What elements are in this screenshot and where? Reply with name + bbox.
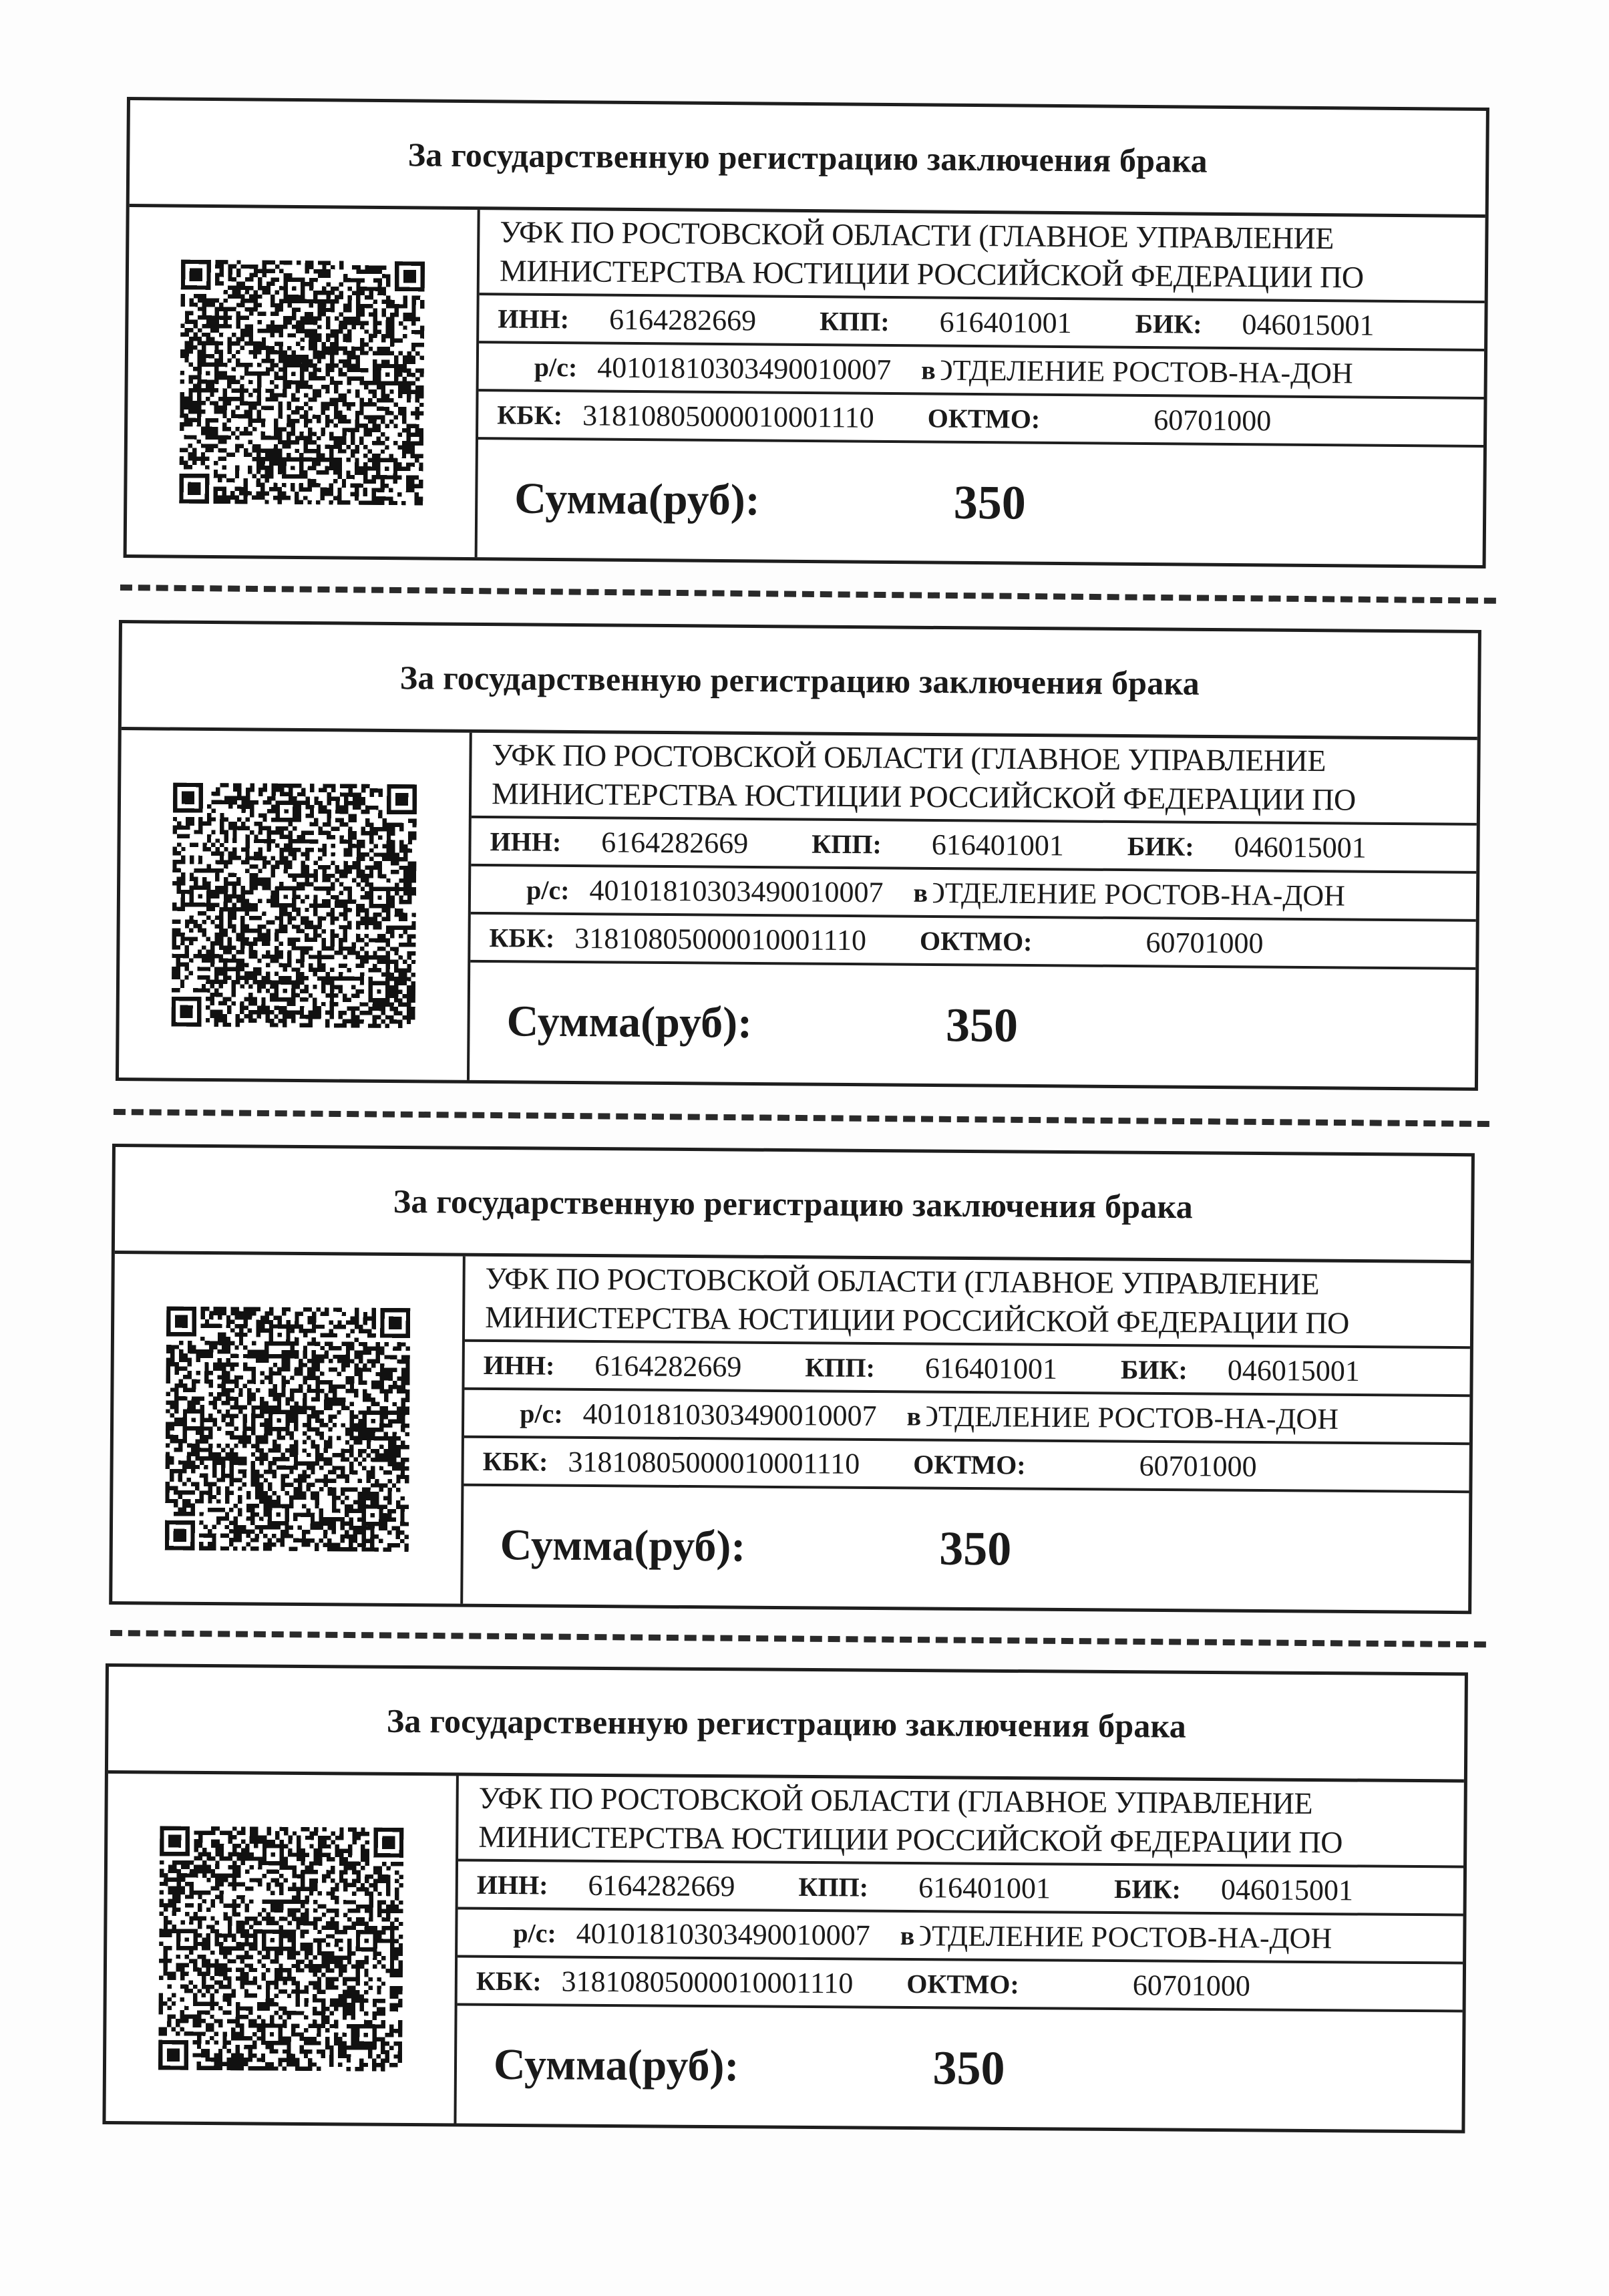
bank-prefix: в bbox=[913, 876, 928, 908]
account-row: р/с: 40101810303490010007 в ОТДЕЛЕНИЕ РО… bbox=[464, 1390, 1469, 1446]
kbk-row: КБК: 31810805000010001110 ОКТМО: 6070100… bbox=[470, 915, 1475, 970]
bik-value: 046015001 bbox=[1228, 1353, 1360, 1387]
account-label: р/с: bbox=[526, 874, 570, 905]
payee-line-2: МИНИСТЕРСТВА ЮСТИЦИИ РОССИЙСКОЙ ФЕДЕРАЦИ… bbox=[485, 1298, 1349, 1343]
cut-line-1 bbox=[120, 585, 1496, 604]
qr-code-cell bbox=[112, 1254, 466, 1604]
account-row: р/с: 40101810303490010007 в ОТДЕЛЕНИЕ РО… bbox=[458, 1910, 1463, 1965]
qr-code-icon bbox=[179, 259, 425, 505]
bank-name: ОТДЕЛЕНИЕ РОСТОВ-НА-ДОН bbox=[917, 1399, 1338, 1436]
oktmo-value: 60701000 bbox=[1139, 1448, 1256, 1483]
payment-receipt-1: За государственную регистрацию заключени… bbox=[124, 97, 1489, 568]
kbk-row: КБК: 31810805000010001110 ОКТМО: 6070100… bbox=[464, 1438, 1469, 1494]
sum-row: Сумма(руб): 350 bbox=[470, 963, 1475, 1088]
oktmo-value: 60701000 bbox=[1153, 403, 1271, 438]
kpp-label: КПП: bbox=[820, 305, 890, 337]
payee-name: УФК ПО РОСТОВСКОЙ ОБЛАСТИ (ГЛАВНОЕ УПРАВ… bbox=[458, 1776, 1464, 1868]
cut-line-2 bbox=[114, 1109, 1489, 1127]
kpp-value: 616401001 bbox=[918, 1870, 1051, 1905]
kbk-label: КБК: bbox=[476, 1965, 542, 1997]
inn-value: 6164282669 bbox=[594, 1349, 741, 1384]
bik-value: 046015001 bbox=[1221, 1872, 1353, 1907]
receipt-title: За государственную регистрацию заключени… bbox=[108, 1667, 1465, 1782]
qr-code-cell bbox=[106, 1774, 458, 2123]
cut-line-3 bbox=[110, 1630, 1486, 1647]
payment-receipt-2: За государственную регистрацию заключени… bbox=[116, 620, 1481, 1091]
sum-label: Сумма(руб): bbox=[506, 996, 752, 1049]
kbk-value: 31810805000010001110 bbox=[582, 398, 874, 434]
bank-prefix: в bbox=[900, 1919, 915, 1951]
inn-label: ИНН: bbox=[477, 1868, 548, 1901]
payee-line-1: УФК ПО РОСТОВСКОЙ ОБЛАСТИ (ГЛАВНОЕ УПРАВ… bbox=[478, 1779, 1312, 1823]
receipt-title: За государственную регистрацию заключени… bbox=[122, 623, 1478, 740]
payee-line-1: УФК ПО РОСТОВСКОЙ ОБЛАСТИ (ГЛАВНОЕ УПРАВ… bbox=[500, 212, 1334, 258]
account-row: р/с: 40101810303490010007 в ОТДЕЛЕНИЕ РО… bbox=[479, 343, 1485, 399]
oktmo-label: ОКТМО: bbox=[920, 925, 1033, 957]
kbk-value: 31810805000010001110 bbox=[561, 1964, 853, 2000]
bik-label: БИК: bbox=[1127, 830, 1194, 862]
payee-name: УФК ПО РОСТОВСКОЙ ОБЛАСТИ (ГЛАВНОЕ УПРАВ… bbox=[480, 210, 1485, 303]
inn-label: ИНН: bbox=[498, 303, 569, 335]
bik-label: БИК: bbox=[1121, 1353, 1188, 1385]
bank-name: ОТДЕЛЕНИЕ РОСТОВ-НА-ДОН bbox=[924, 875, 1345, 913]
kbk-label: КБК: bbox=[483, 1445, 548, 1477]
bank-name: ОТДЕЛЕНИЕ РОСТОВ-НА-ДОН bbox=[910, 1919, 1332, 1955]
kbk-row: КБК: 31810805000010001110 ОКТМО: 6070100… bbox=[458, 1958, 1463, 2013]
bank-name: ОТДЕЛЕНИЕ РОСТОВ-НА-ДОН bbox=[932, 353, 1353, 390]
sum-value: 350 bbox=[946, 997, 1019, 1053]
payee-name: УФК ПО РОСТОВСКОЙ ОБЛАСТИ (ГЛАВНОЕ УПРАВ… bbox=[465, 1257, 1471, 1349]
kbk-label: КБК: bbox=[489, 922, 554, 954]
qr-code-icon bbox=[165, 1306, 411, 1552]
account-label: р/с: bbox=[534, 351, 578, 383]
sum-value: 350 bbox=[939, 1520, 1012, 1577]
payee-line-1: УФК ПО РОСТОВСКОЙ ОБЛАСТИ (ГЛАВНОЕ УПРАВ… bbox=[492, 735, 1326, 780]
payee-details: УФК ПО РОСТОВСКОЙ ОБЛАСТИ (ГЛАВНОЕ УПРАВ… bbox=[470, 733, 1477, 1088]
tax-ids-row: ИНН: 6164282669 КПП: 616401001 БИК: 0460… bbox=[458, 1862, 1463, 1917]
kbk-value: 31810805000010001110 bbox=[568, 1444, 860, 1480]
kpp-value: 616401001 bbox=[925, 1351, 1057, 1385]
account-value: 40101810303490010007 bbox=[597, 350, 891, 386]
receipt-title: За государственную регистрацию заключени… bbox=[115, 1147, 1471, 1263]
sum-label: Сумма(руб): bbox=[514, 474, 760, 526]
payment-receipt-4: За государственную регистрацию заключени… bbox=[102, 1663, 1468, 2134]
payment-receipt-3: За государственную регистрацию заключени… bbox=[109, 1144, 1475, 1614]
payee-name: УФК ПО РОСТОВСКОЙ ОБЛАСТИ (ГЛАВНОЕ УПРАВ… bbox=[472, 733, 1477, 826]
bank-prefix: в bbox=[921, 354, 936, 385]
oktmo-value: 60701000 bbox=[1145, 925, 1263, 960]
oktmo-label: ОКТМО: bbox=[913, 1448, 1026, 1480]
kpp-value: 616401001 bbox=[939, 305, 1071, 340]
account-label: р/с: bbox=[520, 1398, 563, 1429]
payee-details: УФК ПО РОСТОВСКОЙ ОБЛАСТИ (ГЛАВНОЕ УПРАВ… bbox=[463, 1257, 1471, 1611]
kbk-label: КБК: bbox=[497, 399, 562, 431]
account-value: 40101810303490010007 bbox=[576, 1916, 870, 1952]
inn-value: 6164282669 bbox=[609, 302, 756, 337]
sum-value: 350 bbox=[932, 2040, 1005, 2096]
account-value: 40101810303490010007 bbox=[589, 873, 883, 909]
sum-value: 350 bbox=[953, 474, 1026, 530]
inn-label: ИНН: bbox=[490, 826, 561, 858]
kbk-value: 31810805000010001110 bbox=[574, 921, 866, 957]
sum-row: Сумма(руб): 350 bbox=[478, 440, 1483, 565]
payee-line-1: УФК ПО РОСТОВСКОЙ ОБЛАСТИ (ГЛАВНОЕ УПРАВ… bbox=[485, 1259, 1319, 1304]
sum-row: Сумма(руб): 350 bbox=[463, 1486, 1469, 1611]
inn-value: 6164282669 bbox=[601, 825, 748, 860]
inn-value: 6164282669 bbox=[588, 1868, 735, 1903]
bik-label: БИК: bbox=[1135, 307, 1202, 339]
payee-line-2: МИНИСТЕРСТВА ЮСТИЦИИ РОССИЙСКОЙ ФЕДЕРАЦИ… bbox=[478, 1818, 1343, 1862]
bik-label: БИК: bbox=[1114, 1873, 1181, 1905]
receipt-title: За государственную регистрацию заключени… bbox=[130, 100, 1486, 218]
sum-label: Сумма(руб): bbox=[494, 2039, 739, 2092]
sum-label: Сумма(руб): bbox=[500, 1520, 746, 1573]
account-value: 40101810303490010007 bbox=[582, 1396, 876, 1432]
kbk-row: КБК: 31810805000010001110 ОКТМО: 6070100… bbox=[478, 391, 1484, 448]
payee-details: УФК ПО РОСТОВСКОЙ ОБЛАСТИ (ГЛАВНОЕ УПРАВ… bbox=[478, 210, 1485, 565]
tax-ids-row: ИНН: 6164282669 КПП: 616401001 БИК: 0460… bbox=[471, 818, 1476, 874]
sum-row: Сумма(руб): 350 bbox=[456, 2006, 1462, 2130]
account-label: р/с: bbox=[513, 1917, 556, 1949]
qr-code-cell bbox=[127, 207, 480, 557]
tax-ids-row: ИНН: 6164282669 КПП: 616401001 БИК: 0460… bbox=[464, 1342, 1469, 1398]
kpp-label: КПП: bbox=[798, 1870, 868, 1903]
bik-value: 046015001 bbox=[1242, 307, 1374, 343]
payee-line-2: МИНИСТЕРСТВА ЮСТИЦИИ РОССИЙСКОЙ ФЕДЕРАЦИ… bbox=[500, 251, 1364, 297]
bik-value: 046015001 bbox=[1234, 830, 1366, 864]
kpp-label: КПП: bbox=[805, 1351, 875, 1383]
oktmo-value: 60701000 bbox=[1133, 1968, 1250, 2003]
inn-label: ИНН: bbox=[484, 1349, 555, 1381]
qr-code-icon bbox=[158, 1826, 403, 2071]
bank-prefix: в bbox=[906, 1400, 921, 1432]
oktmo-label: ОКТМО: bbox=[928, 402, 1041, 434]
qr-code-icon bbox=[172, 782, 417, 1028]
payee-line-2: МИНИСТЕРСТВА ЮСТИЦИИ РОССИЙСКОЙ ФЕДЕРАЦИ… bbox=[492, 774, 1356, 819]
oktmo-label: ОКТМО: bbox=[906, 1967, 1019, 1999]
payee-details: УФК ПО РОСТОВСКОЙ ОБЛАСТИ (ГЛАВНОЕ УПРАВ… bbox=[456, 1776, 1463, 2130]
tax-ids-row: ИНН: 6164282669 КПП: 616401001 БИК: 0460… bbox=[479, 295, 1485, 351]
kpp-label: КПП: bbox=[812, 828, 882, 860]
kpp-value: 616401001 bbox=[932, 827, 1064, 862]
account-row: р/с: 40101810303490010007 в ОТДЕЛЕНИЕ РО… bbox=[471, 866, 1476, 922]
qr-code-cell bbox=[119, 730, 472, 1080]
